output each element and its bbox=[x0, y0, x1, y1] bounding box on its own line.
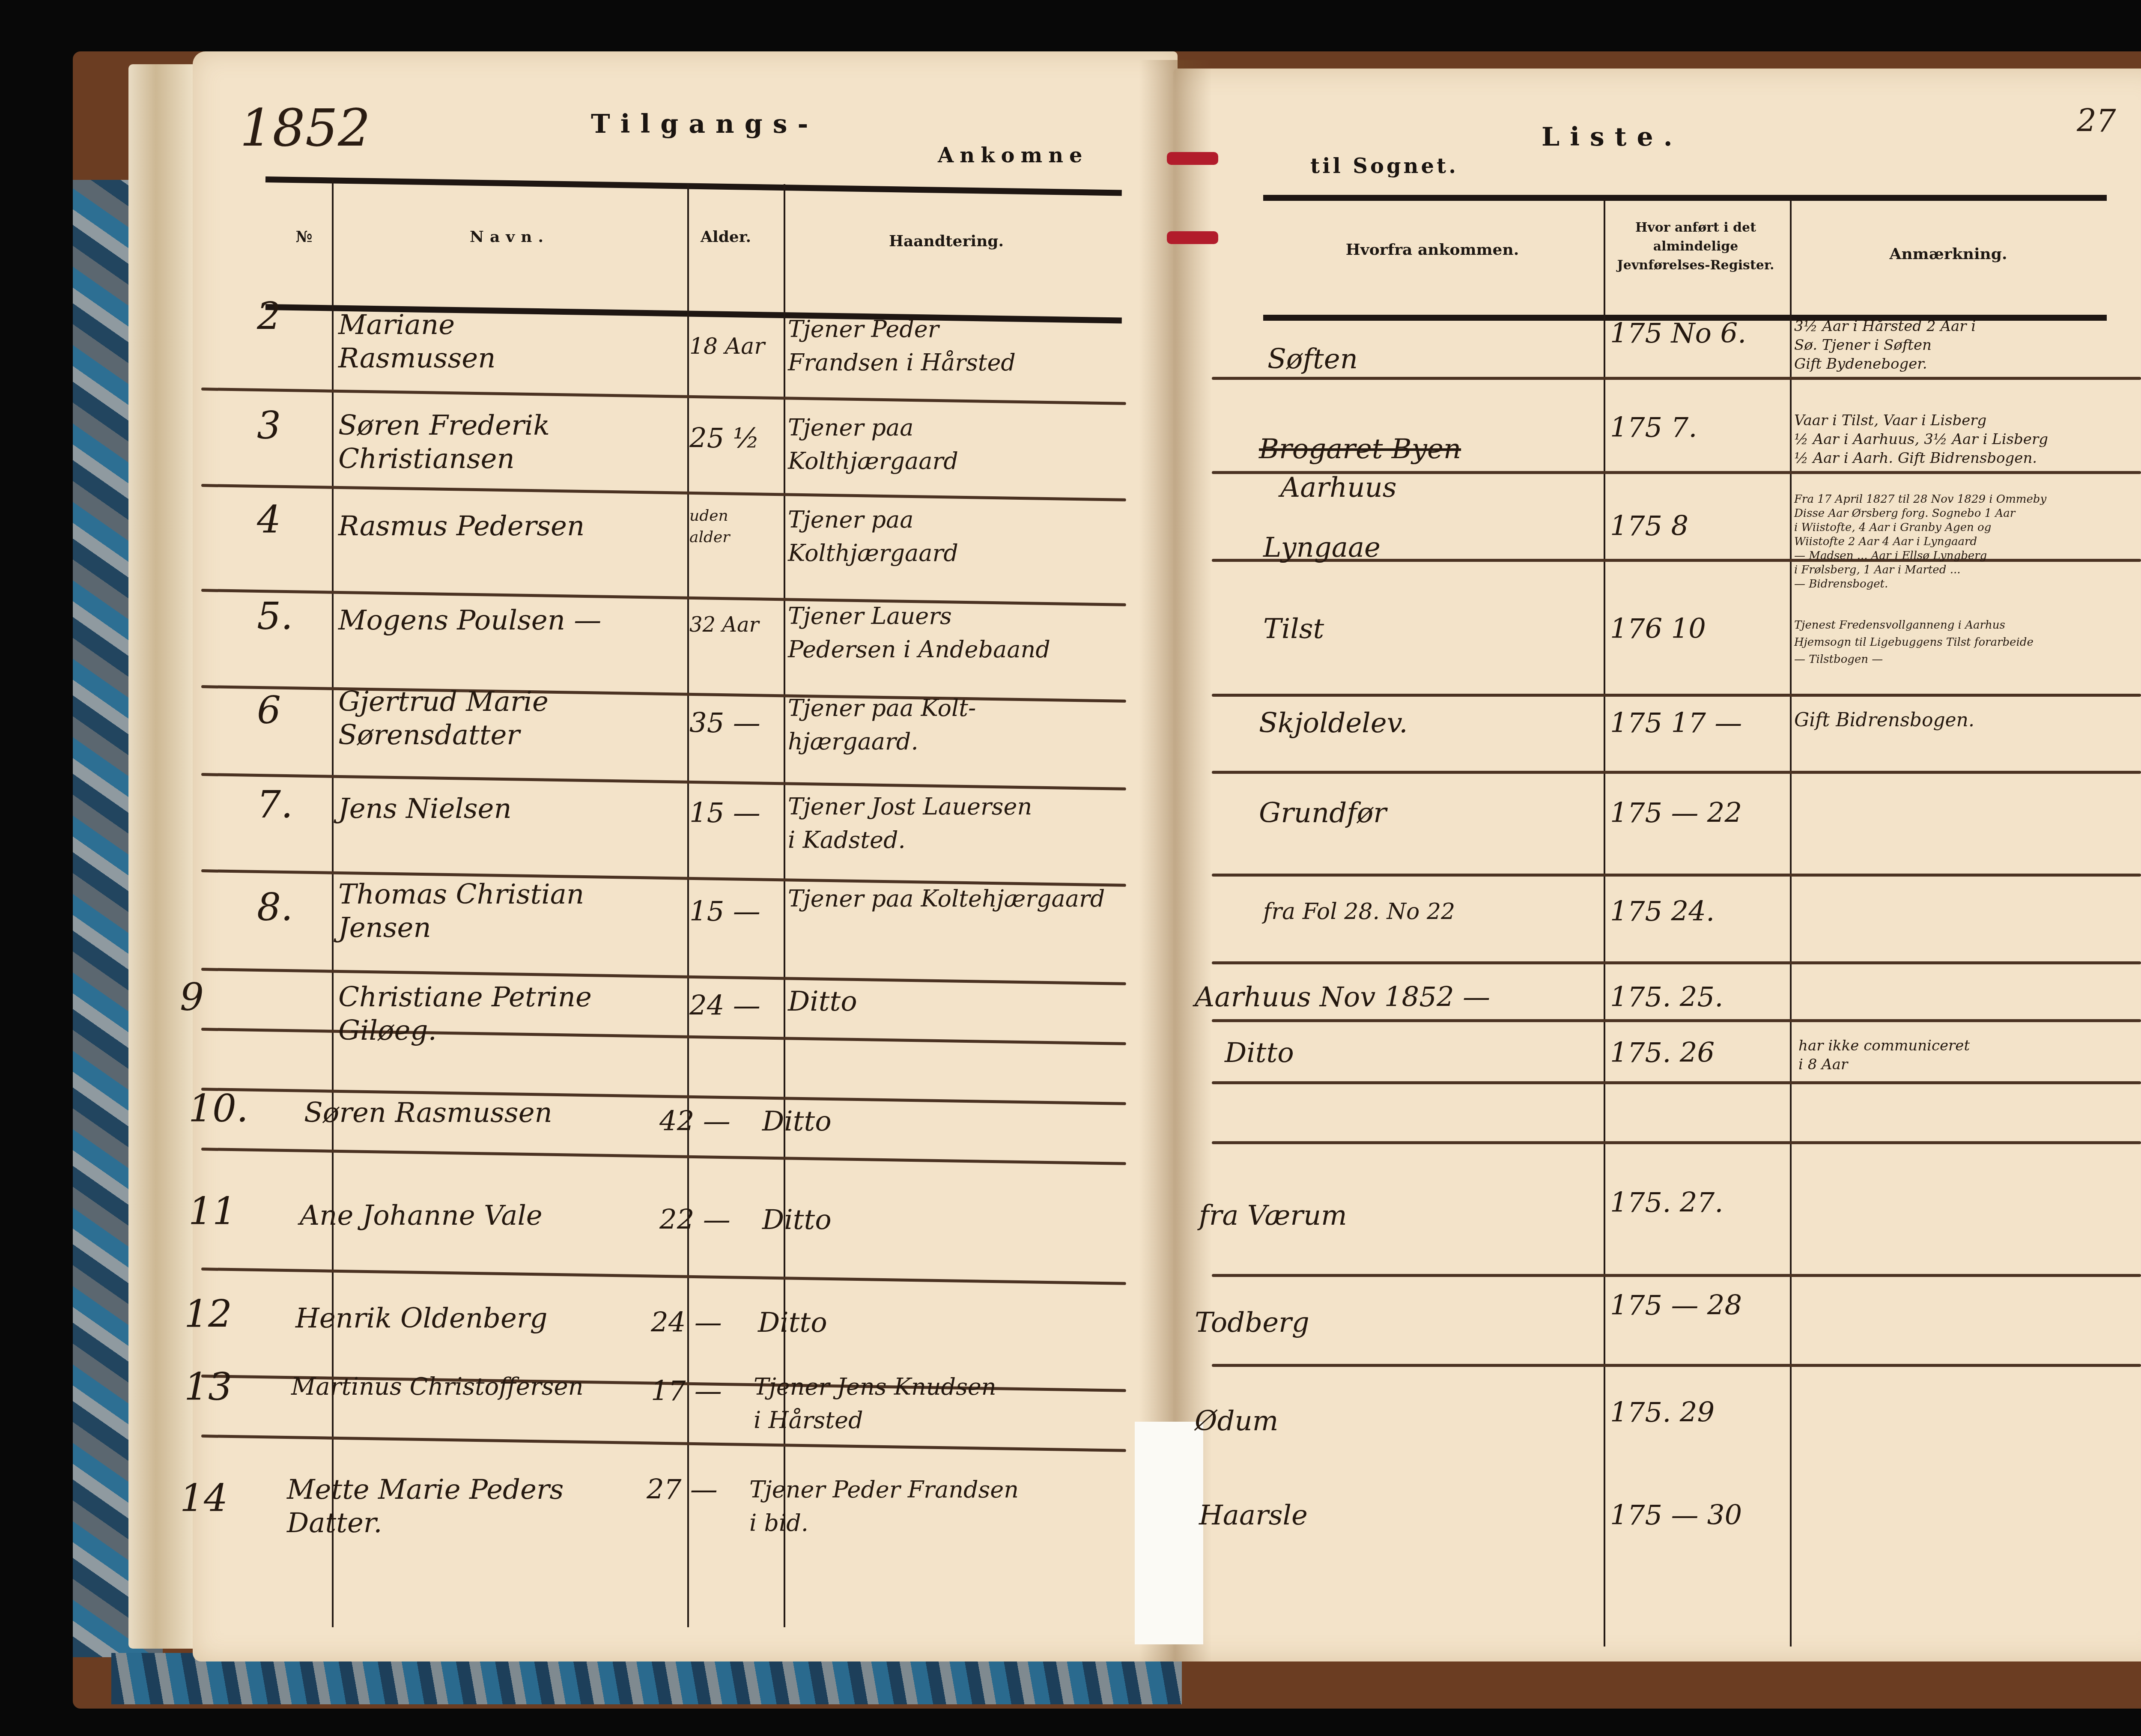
entry-hvorfra: Haarsle bbox=[1199, 1499, 1308, 1532]
entry-navn: Christiane Petrine Giløeg. bbox=[338, 981, 592, 1047]
entry-navn: Rasmus Pedersen bbox=[338, 510, 584, 543]
entry-navn: Martinus Christoffersen bbox=[291, 1370, 584, 1404]
row-rule bbox=[1212, 1364, 2141, 1367]
year-heading: 1852 bbox=[240, 98, 370, 158]
title-right: Liste. bbox=[1542, 122, 1683, 152]
col-header-alder: Alder. bbox=[685, 227, 766, 247]
entry-hvorfra: Ødum bbox=[1195, 1405, 1278, 1438]
entry-anmaerkning: Fra 17 April 1827 til 28 Nov 1829 i Omme… bbox=[1794, 492, 2046, 591]
entry-hvorfra: Lyngaae bbox=[1263, 531, 1381, 564]
entry-haandtering: Ditto bbox=[788, 985, 857, 1018]
entry-navn: Søren Rasmussen bbox=[304, 1096, 552, 1130]
entry-register: 175 17 — bbox=[1610, 707, 1742, 740]
entry-register: 175 — 22 bbox=[1610, 796, 1742, 830]
col-header-register: Hvor anført i det almindelige Jevnførels… bbox=[1610, 218, 1781, 275]
binding-thread-top bbox=[1167, 152, 1218, 165]
entry-navn: Mariane Rasmussen bbox=[338, 308, 495, 375]
entry-no: 11 bbox=[188, 1195, 236, 1228]
col-divider-navn bbox=[687, 184, 689, 1627]
entry-alder: 24 — bbox=[651, 1306, 722, 1339]
entry-navn: Henrik Oldenberg bbox=[295, 1302, 548, 1335]
row-rule bbox=[1212, 1141, 2141, 1144]
entry-no: 7. bbox=[257, 788, 293, 821]
entry-no: 4 bbox=[257, 503, 281, 537]
entry-anmaerkning: 3½ Aar i Hårsted 2 Aar i Sø. Tjener i Sø… bbox=[1794, 317, 1976, 373]
entry-register: 175 24. bbox=[1610, 895, 1715, 928]
col-divider-hvorfra bbox=[1604, 199, 1605, 1647]
entry-haandtering: Tjener paa Koltehjærgaard bbox=[788, 882, 1105, 916]
entry-register: 176 10 bbox=[1610, 612, 1706, 646]
entry-hvorfra: Søften bbox=[1267, 343, 1358, 376]
entry-navn: Ane Johanne Vale bbox=[300, 1199, 543, 1232]
row-rule bbox=[1212, 377, 2141, 380]
entry-alder: 32 Aar bbox=[689, 608, 759, 641]
page-number: 27 bbox=[2077, 103, 2116, 139]
col-header-anmaerkning: Anmærkning. bbox=[1790, 244, 2107, 264]
entry-register: 175. 25. bbox=[1610, 981, 1724, 1014]
col-header-hvorfra: Hvorfra ankommen. bbox=[1263, 240, 1601, 260]
entry-anmaerkning: Tjenest Fredensvollganneng i Aarhus Hjem… bbox=[1794, 617, 2034, 668]
entry-no: 13 bbox=[184, 1370, 232, 1404]
entry-haandtering: Tjener Lauers Pedersen i Andebaand bbox=[788, 600, 1050, 666]
entry-no: 5. bbox=[257, 600, 293, 633]
entry-hvorfra: Ditto bbox=[1225, 1036, 1294, 1070]
entry-no: 9 bbox=[180, 981, 204, 1014]
entry-hvorfra: Skjoldelev. bbox=[1259, 707, 1408, 740]
entry-haandtering: Tjener paa Kolthjærgaard bbox=[788, 503, 958, 570]
col-header-haandtering: Haandtering. bbox=[784, 231, 1109, 251]
entry-haandtering: Tjener Jens Knudsen i Hårsted bbox=[754, 1370, 996, 1437]
entry-navn: Mogens Poulsen — bbox=[338, 604, 601, 637]
title-left: Tilgangs- bbox=[591, 109, 818, 139]
row-rule bbox=[1212, 874, 2141, 877]
entry-alder: 18 Aar bbox=[689, 330, 765, 363]
entry-register: 175 8 bbox=[1610, 510, 1688, 543]
entry-no: 2 bbox=[257, 300, 281, 333]
row-rule bbox=[1212, 771, 2141, 774]
entry-anmaerkning: Vaar i Tilst, Vaar i Lisberg ½ Aar i Aar… bbox=[1794, 411, 2048, 468]
entry-alder: 27 — bbox=[647, 1473, 718, 1506]
entry-register: 175 — 30 bbox=[1610, 1499, 1742, 1532]
entry-haandtering: Tjener Peder Frandsen i bid. bbox=[749, 1473, 1019, 1540]
col-divider-no bbox=[332, 180, 334, 1627]
entry-hvorfra: Aarhuus bbox=[1280, 471, 1396, 504]
entry-hvorfra: Todberg bbox=[1195, 1306, 1309, 1339]
entry-register: 175 — 28 bbox=[1610, 1289, 1742, 1322]
entry-no: 8. bbox=[257, 891, 293, 924]
col-header-no: № bbox=[274, 227, 334, 247]
row-rule bbox=[1212, 961, 2141, 964]
entry-register: 175 No 6. bbox=[1610, 317, 1746, 350]
entry-alder: 17 — bbox=[651, 1375, 722, 1408]
page-stack-left bbox=[128, 64, 197, 1649]
entry-hvorfra-struck: Brogaret Byen bbox=[1259, 433, 1461, 466]
header-rule-top-right bbox=[1263, 195, 2107, 201]
entry-haandtering: Tjener Peder Frandsen i Hårsted bbox=[788, 313, 1016, 379]
entry-no: 6 bbox=[257, 694, 281, 727]
entry-hvorfra: Aarhuus Nov 1852 — bbox=[1195, 981, 1490, 1014]
col-header-navn: Navn. bbox=[343, 227, 677, 247]
entry-haandtering: Tjener paa Kolt- hjærgaard. bbox=[788, 692, 976, 758]
row-rule bbox=[1212, 1274, 2141, 1277]
row-rule bbox=[1212, 1019, 2141, 1022]
entry-navn: Gjertrud Marie Sørensdatter bbox=[338, 685, 549, 752]
row-rule bbox=[1212, 1081, 2141, 1084]
subtitle-right: til Sognet. bbox=[1310, 154, 1458, 178]
entry-alder: uden alder bbox=[689, 505, 730, 548]
entry-hvorfra: Grundfør bbox=[1259, 796, 1387, 830]
entry-haandtering: Ditto bbox=[762, 1105, 832, 1138]
entry-haandtering: Tjener paa Kolthjærgaard bbox=[788, 411, 958, 478]
entry-alder: 22 — bbox=[659, 1203, 731, 1237]
entry-no: 3 bbox=[257, 409, 281, 442]
entry-haandtering: Tjener Jost Lauersen i Kadsted. bbox=[788, 790, 1032, 857]
entry-hvorfra: fra Fol 28. No 22 bbox=[1263, 895, 1455, 928]
binding-thread-bottom bbox=[1167, 231, 1218, 244]
entry-register: 175. 26 bbox=[1610, 1036, 1715, 1070]
entry-navn: Mette Marie Peders Datter. bbox=[287, 1473, 564, 1540]
entry-anmaerkning: Gift Bidrensbogen. bbox=[1794, 711, 1974, 730]
entry-register: 175. 29 bbox=[1610, 1396, 1715, 1429]
entry-navn: Søren Frederik Christiansen bbox=[338, 409, 550, 476]
paper-tab bbox=[1135, 1422, 1203, 1644]
subtitle-left: Ankomne bbox=[938, 143, 1088, 167]
entry-hvorfra: Tilst bbox=[1263, 612, 1324, 646]
entry-register: 175. 27. bbox=[1610, 1186, 1724, 1220]
entry-alder: 42 — bbox=[659, 1105, 731, 1138]
entry-navn: Thomas Christian Jensen bbox=[338, 878, 584, 945]
entry-alder: 24 — bbox=[689, 989, 760, 1023]
entry-navn: Jens Nielsen bbox=[338, 792, 512, 826]
entry-no: 10. bbox=[188, 1092, 248, 1125]
entry-alder: 25 ½ bbox=[689, 422, 760, 455]
col-divider-register bbox=[1790, 199, 1792, 1647]
row-rule bbox=[1212, 694, 2141, 697]
entry-hvorfra: fra Værum bbox=[1199, 1199, 1347, 1232]
entry-register: 175 7. bbox=[1610, 411, 1697, 444]
entry-alder: 15 — bbox=[689, 895, 760, 928]
entry-alder: 15 — bbox=[689, 796, 760, 830]
entry-no: 14 bbox=[180, 1482, 228, 1515]
entry-no: 12 bbox=[184, 1298, 232, 1331]
entry-alder: 35 — bbox=[689, 707, 760, 740]
entry-anmaerkning: har ikke communiceret i 8 Aar bbox=[1798, 1036, 1970, 1074]
entry-haandtering: Ditto bbox=[758, 1306, 827, 1339]
entry-haandtering: Ditto bbox=[762, 1203, 832, 1237]
